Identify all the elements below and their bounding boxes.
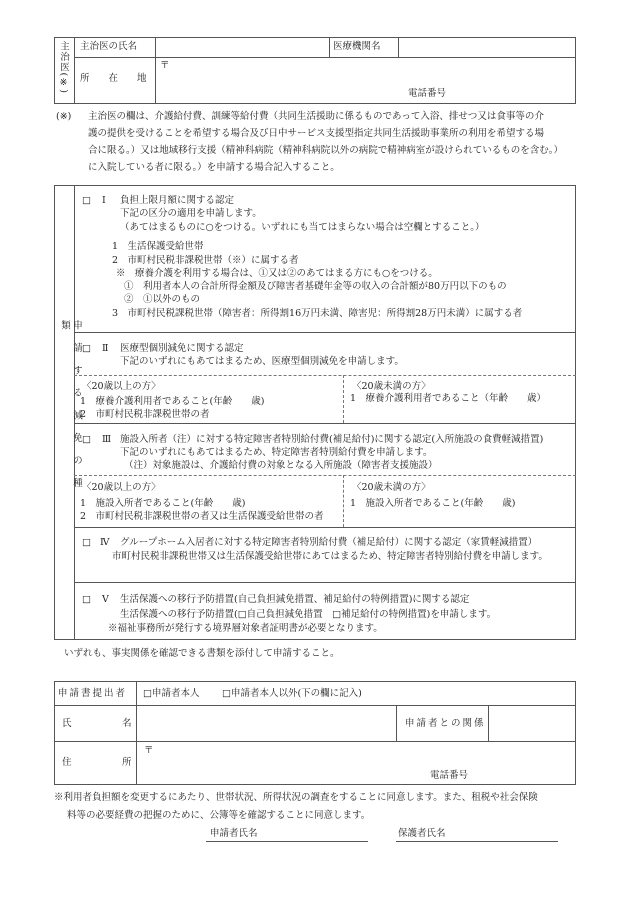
submitter-name-field[interactable]: [137, 706, 395, 740]
checkbox-item-3[interactable]: □: [82, 434, 91, 446]
item-1-note: ※ 療養介護を利用する場合は、①又は②のあてはまる方にも○をつける。: [116, 268, 438, 280]
item-3-numeral: Ⅲ: [102, 434, 111, 446]
doctor-address-label: 所 在 地: [80, 73, 147, 85]
item-2-numeral: Ⅱ: [102, 343, 108, 355]
address-label-1: 住: [62, 757, 72, 769]
item-3-title: 施設入所者（注）に対する特定障害者特別給付費(補足給付)に関する認定(入所施設の…: [120, 434, 543, 446]
consent-line: ※利用者負担額を変更するにあたり、世帯状況、所得状況の調査をすることに同意します…: [54, 792, 538, 804]
item-4-text: 市町村民税非課税世帯又は生活保護受給世帯にあてはまるため、特定障害者特別給付費を…: [112, 551, 548, 563]
doctor-note-line: 主治医の欄は、介護給付費、訓練等給付費（共同生活援助に係るものであって入浴、排せ…: [88, 111, 544, 123]
doctor-name-label: 主治医の氏名: [80, 41, 137, 53]
item-5-note: ※福祉事務所が発行する境界層対象者証明書が必要となります。: [108, 623, 383, 635]
item-3-adult-header: 〈20歳以上の方〉: [82, 482, 161, 494]
item-1-numeral: Ⅰ: [102, 195, 106, 207]
doctor-note-line: に入院している者に限る。）を申請する場合記入すること。: [88, 162, 340, 174]
divider: [396, 705, 397, 741]
item-1-text: 下記の区分の適用を申請します。: [120, 208, 262, 220]
item-4-title: グループホーム入居者に対する特定障害者特別給付費（補足給付）に関する認定（家賃軽…: [120, 537, 537, 549]
attachment-note: いずれも、事実関係を確認できる書類を添付して申請すること。: [64, 648, 340, 660]
name-label-1: 氏: [62, 718, 72, 730]
divider: [74, 423, 576, 424]
dashed-divider: [343, 475, 344, 527]
checkbox-item-1[interactable]: □: [82, 195, 91, 207]
item-2-minor-header: 〈20歳未満の方〉: [352, 381, 431, 393]
institution-field[interactable]: [399, 38, 575, 56]
applicant-signature-line[interactable]: [206, 841, 368, 842]
doctor-address-field[interactable]: [156, 58, 575, 103]
institution-label: 医療機関名: [333, 41, 381, 53]
applicant-signature-label: 申請者氏名: [210, 828, 258, 840]
item-4-numeral: Ⅳ: [100, 537, 110, 549]
item-1-option[interactable]: ② ①以外のもの: [124, 294, 200, 306]
item-3-note: （注）対象施設は、介護給付費の対象となる入所施設（障害者支援施設）: [124, 460, 438, 472]
doctor-note-marker: (※): [56, 111, 71, 123]
item-2-minor-option[interactable]: 1 療養介護利用者であること（年齢 歳）: [350, 393, 546, 405]
item-1-option[interactable]: 1 生活保護受給世帯: [112, 241, 204, 253]
dashed-divider: [343, 375, 344, 423]
item-2-text: 下記のいずれにもあてはまるため、医療型個別減免を申請します。: [120, 356, 404, 368]
checkbox-item-4[interactable]: □: [82, 537, 91, 549]
item-1-text: （あてはまるものに○をつける。いずれにも当てはまらない場合は空欄とすること。）: [120, 222, 485, 234]
divider: [74, 527, 576, 528]
doctor-side-label: 主治医(※): [57, 41, 69, 101]
guardian-signature-line[interactable]: [396, 841, 558, 842]
consent-line: 料等の必要経費の把握のために、公簿等を確認することに同意します。: [67, 810, 370, 822]
item-5-title: 生活保護への移行予防措置(自己負担減免措置、補足給付の特例措置)に関する認定: [120, 594, 469, 606]
item-3-adult-option[interactable]: 2 市町村民税非課税世帯の者又は生活保護受給世帯の者: [80, 511, 324, 523]
item-2-title: 医療型個別減免に関する認定: [120, 343, 244, 355]
item-2-adult-option[interactable]: 2 市町村民税非課税世帯の者: [80, 409, 210, 421]
guardian-signature-label: 保護者氏名: [398, 828, 446, 840]
item-1-option[interactable]: 3 市町村民税課税世帯（障害者：所得割16万円未満、障害児：所得割28万円未満）…: [112, 308, 522, 320]
doctor-note-line: 合に限る。）又は地域移行支援（精神科病院（精神科病院以外の病院で精神病室が設けら…: [88, 145, 563, 157]
item-2-adult-header: 〈20歳以上の方〉: [82, 381, 161, 393]
submitter-phone-label: 電話番号: [430, 770, 468, 782]
submitter-option-self[interactable]: □申請者本人: [143, 688, 199, 700]
postal-mark: 〒: [144, 745, 154, 757]
item-1-title: 負担上限月額に関する認定: [120, 195, 234, 207]
doctor-note-line: 護の提供を受けることを希望する場合及び日中サービス支援型指定共同生活援助事業所の…: [88, 128, 544, 140]
item-3-minor-header: 〈20歳未満の方〉: [352, 482, 431, 494]
item-3-minor-option[interactable]: 1 施設入所者であること(年齢 歳): [350, 498, 515, 510]
item-3-adult-option[interactable]: 1 施設入所者であること(年齢 歳): [80, 498, 245, 510]
submitter-label: 申請書提出者: [58, 688, 127, 700]
item-1-option[interactable]: 2 市町村民税非課税世帯（※）に属する者: [112, 255, 299, 267]
dashed-divider: [74, 475, 576, 476]
checkbox-item-5[interactable]: □: [82, 594, 91, 606]
divider: [74, 582, 576, 583]
item-1-option[interactable]: ① 利用者本人の合計所得金額及び障害者基礎年金等の収入の合計額が80万円以下のも…: [124, 281, 507, 293]
doctor-phone-label: 電話番号: [408, 88, 446, 100]
item-2-adult-option[interactable]: 1 療養介護利用者であること(年齢 歳): [80, 396, 264, 408]
postal-mark: 〒: [160, 60, 170, 72]
relation-field[interactable]: [489, 706, 575, 740]
relation-label: 申請者との関係: [405, 718, 486, 730]
divider: [329, 37, 330, 57]
dashed-divider: [74, 375, 576, 376]
divider: [74, 37, 75, 104]
divider: [74, 332, 576, 333]
item-3-text: 下記のいずれにもあてはまるため、特定障害者特別給付費を申請します。: [120, 447, 432, 459]
submitter-option-other[interactable]: □申請者本人以外(下の欄に記入): [222, 688, 362, 700]
doctor-name-field[interactable]: [156, 38, 328, 56]
submitter-address-field[interactable]: [137, 742, 575, 784]
item-5-numeral: Ⅴ: [102, 594, 109, 606]
address-label-2: 所: [122, 757, 132, 769]
item-5-text[interactable]: 生活保護への移行予防措置(□自己負担減免措置 □補足給付の特例措置)を申請します…: [120, 609, 496, 621]
name-label-2: 名: [122, 718, 132, 730]
reduction-side-label: 申請する減免の種類: [58, 320, 82, 520]
checkbox-item-2[interactable]: □: [82, 343, 91, 355]
